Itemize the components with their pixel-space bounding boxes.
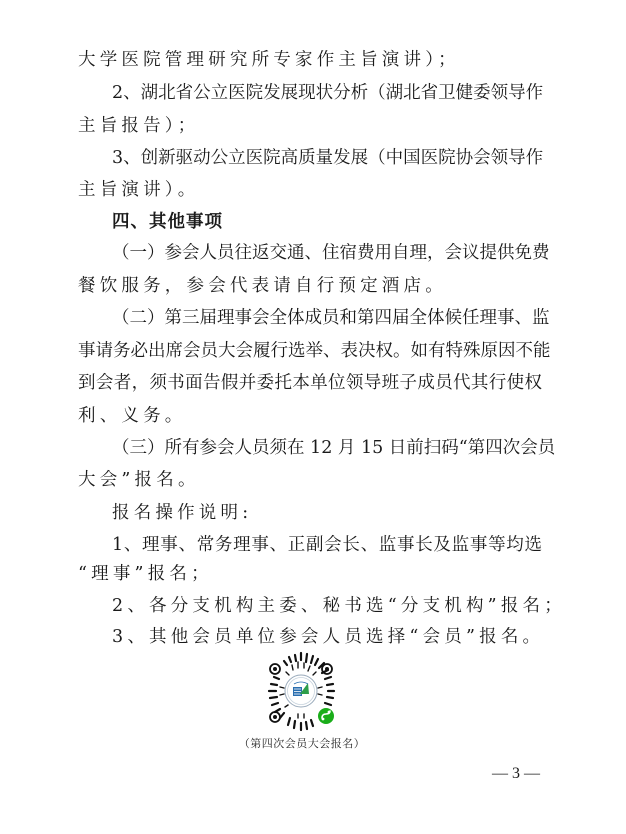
- text-line: 3、其他会员单位参会人员选择“会员”报名。: [112, 621, 542, 653]
- text-line: 到会者，须书面告假并委托本单位领导班子成员代其行使权: [78, 367, 542, 399]
- text-line: 主旨演讲）。: [78, 174, 542, 206]
- text-line: 2、各分支机构主委、秘书选“分支机构”报名；: [112, 590, 542, 622]
- text-line: 餐饮服务，参会代表请自行预定酒店。: [78, 270, 542, 302]
- text-line: （二）第三届理事会全体成员和第四届全体候任理事、监: [112, 302, 542, 334]
- text-line: 主旨报告）；: [78, 110, 542, 142]
- text-line: 事请务必出席会员大会履行选举、表决权。如有特殊原因不能: [78, 335, 542, 367]
- document-page: 大学医院管理研究所专家作主旨演讲）； 2、湖北省公立医院发展现状分析（湖北省卫健…: [0, 0, 626, 834]
- text-line: 2、湖北省公立医院发展现状分析（湖北省卫健委领导作: [112, 77, 542, 109]
- mini-program-qr-code-icon[interactable]: [258, 650, 344, 736]
- text-line: （三）所有参会人员须在 12 月 15 日前扫码“第四次会员: [112, 432, 542, 464]
- text-line: 利、义务。: [78, 400, 542, 432]
- qr-code-caption: （第四次会员大会报名）: [236, 735, 368, 753]
- text-line: （一）参会人员往返交通、住宿费用自理，会议提供免费: [112, 237, 542, 269]
- text-line: 1、理事、常务理事、正副会长、监事长及监事等均选: [112, 529, 542, 561]
- text-line: 大会”报名。: [78, 464, 542, 496]
- text-line: “理事”报名；: [78, 558, 542, 590]
- text-line: 报名操作说明:: [112, 497, 542, 529]
- page-number: — 3 —: [486, 764, 546, 784]
- text-line: 大学医院管理研究所专家作主旨演讲）；: [78, 44, 542, 76]
- section-heading: 四、其他事项: [112, 206, 542, 238]
- text-line: 3、创新驱动公立医院高质量发展（中国医院协会领导作: [112, 142, 542, 174]
